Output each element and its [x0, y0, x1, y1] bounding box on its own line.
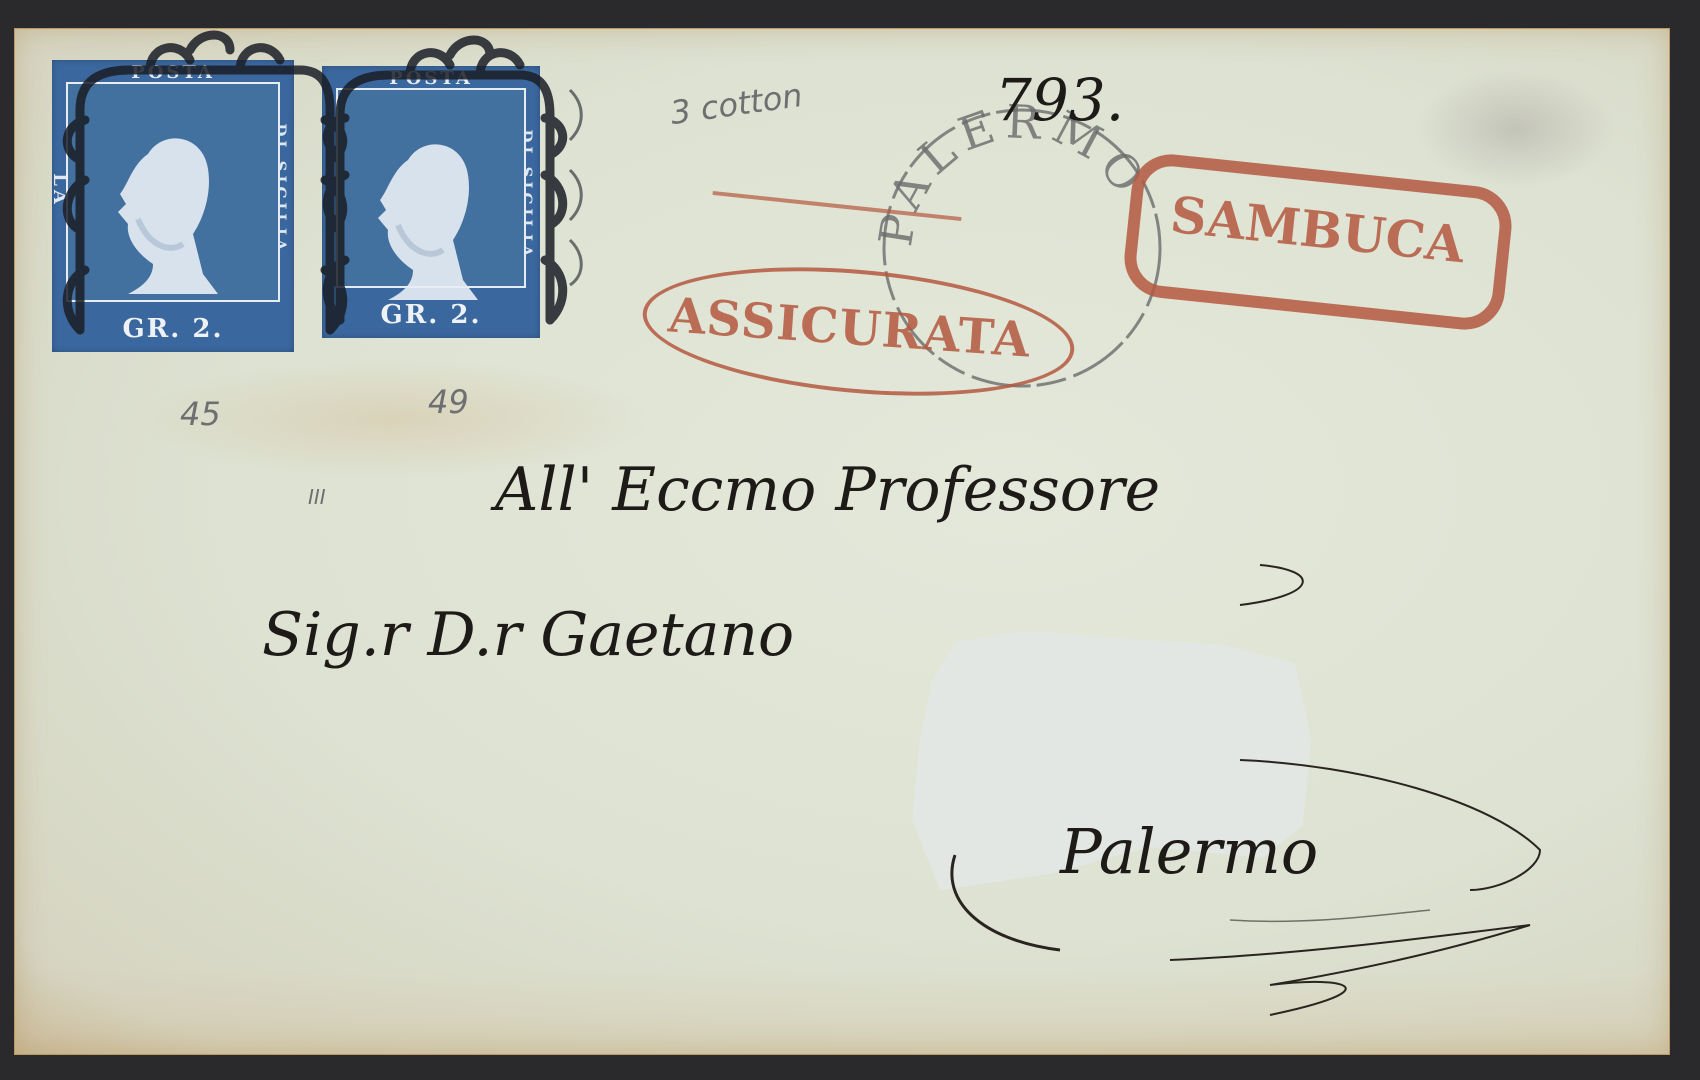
- stamp-top-text: POSTA: [52, 62, 294, 83]
- pencil-note-stamp-2: 49: [428, 383, 469, 421]
- manuscript-city: Palermo: [1060, 815, 1318, 888]
- stamp-value: GR. 2.: [322, 300, 540, 330]
- stamp-portrait-frame: [336, 88, 526, 288]
- pencil-note-roman: III: [308, 485, 326, 509]
- stamp-portrait-frame: [66, 82, 280, 302]
- manuscript-address-line-2: Sig.r D.r Gaetano: [262, 600, 794, 670]
- bottom-stain: [15, 969, 1669, 1054]
- pencil-note-stamp-1: 45: [180, 395, 221, 433]
- stamp-top-text: POSTA: [322, 68, 540, 89]
- manuscript-address-line-1: All' Eccmo Professore: [495, 455, 1160, 525]
- smudge: [1415, 69, 1615, 189]
- stamp-value: GR. 2.: [52, 314, 294, 344]
- stamp-1: POSTA LA DI SICILIA GR. 2.: [52, 60, 294, 352]
- stamp-2: POSTA BOLLO DI SICILIA GR. 2.: [322, 66, 540, 338]
- king-portrait-icon: [368, 130, 478, 300]
- manuscript-number: 793.: [995, 66, 1124, 134]
- king-portrait-icon: [108, 124, 218, 294]
